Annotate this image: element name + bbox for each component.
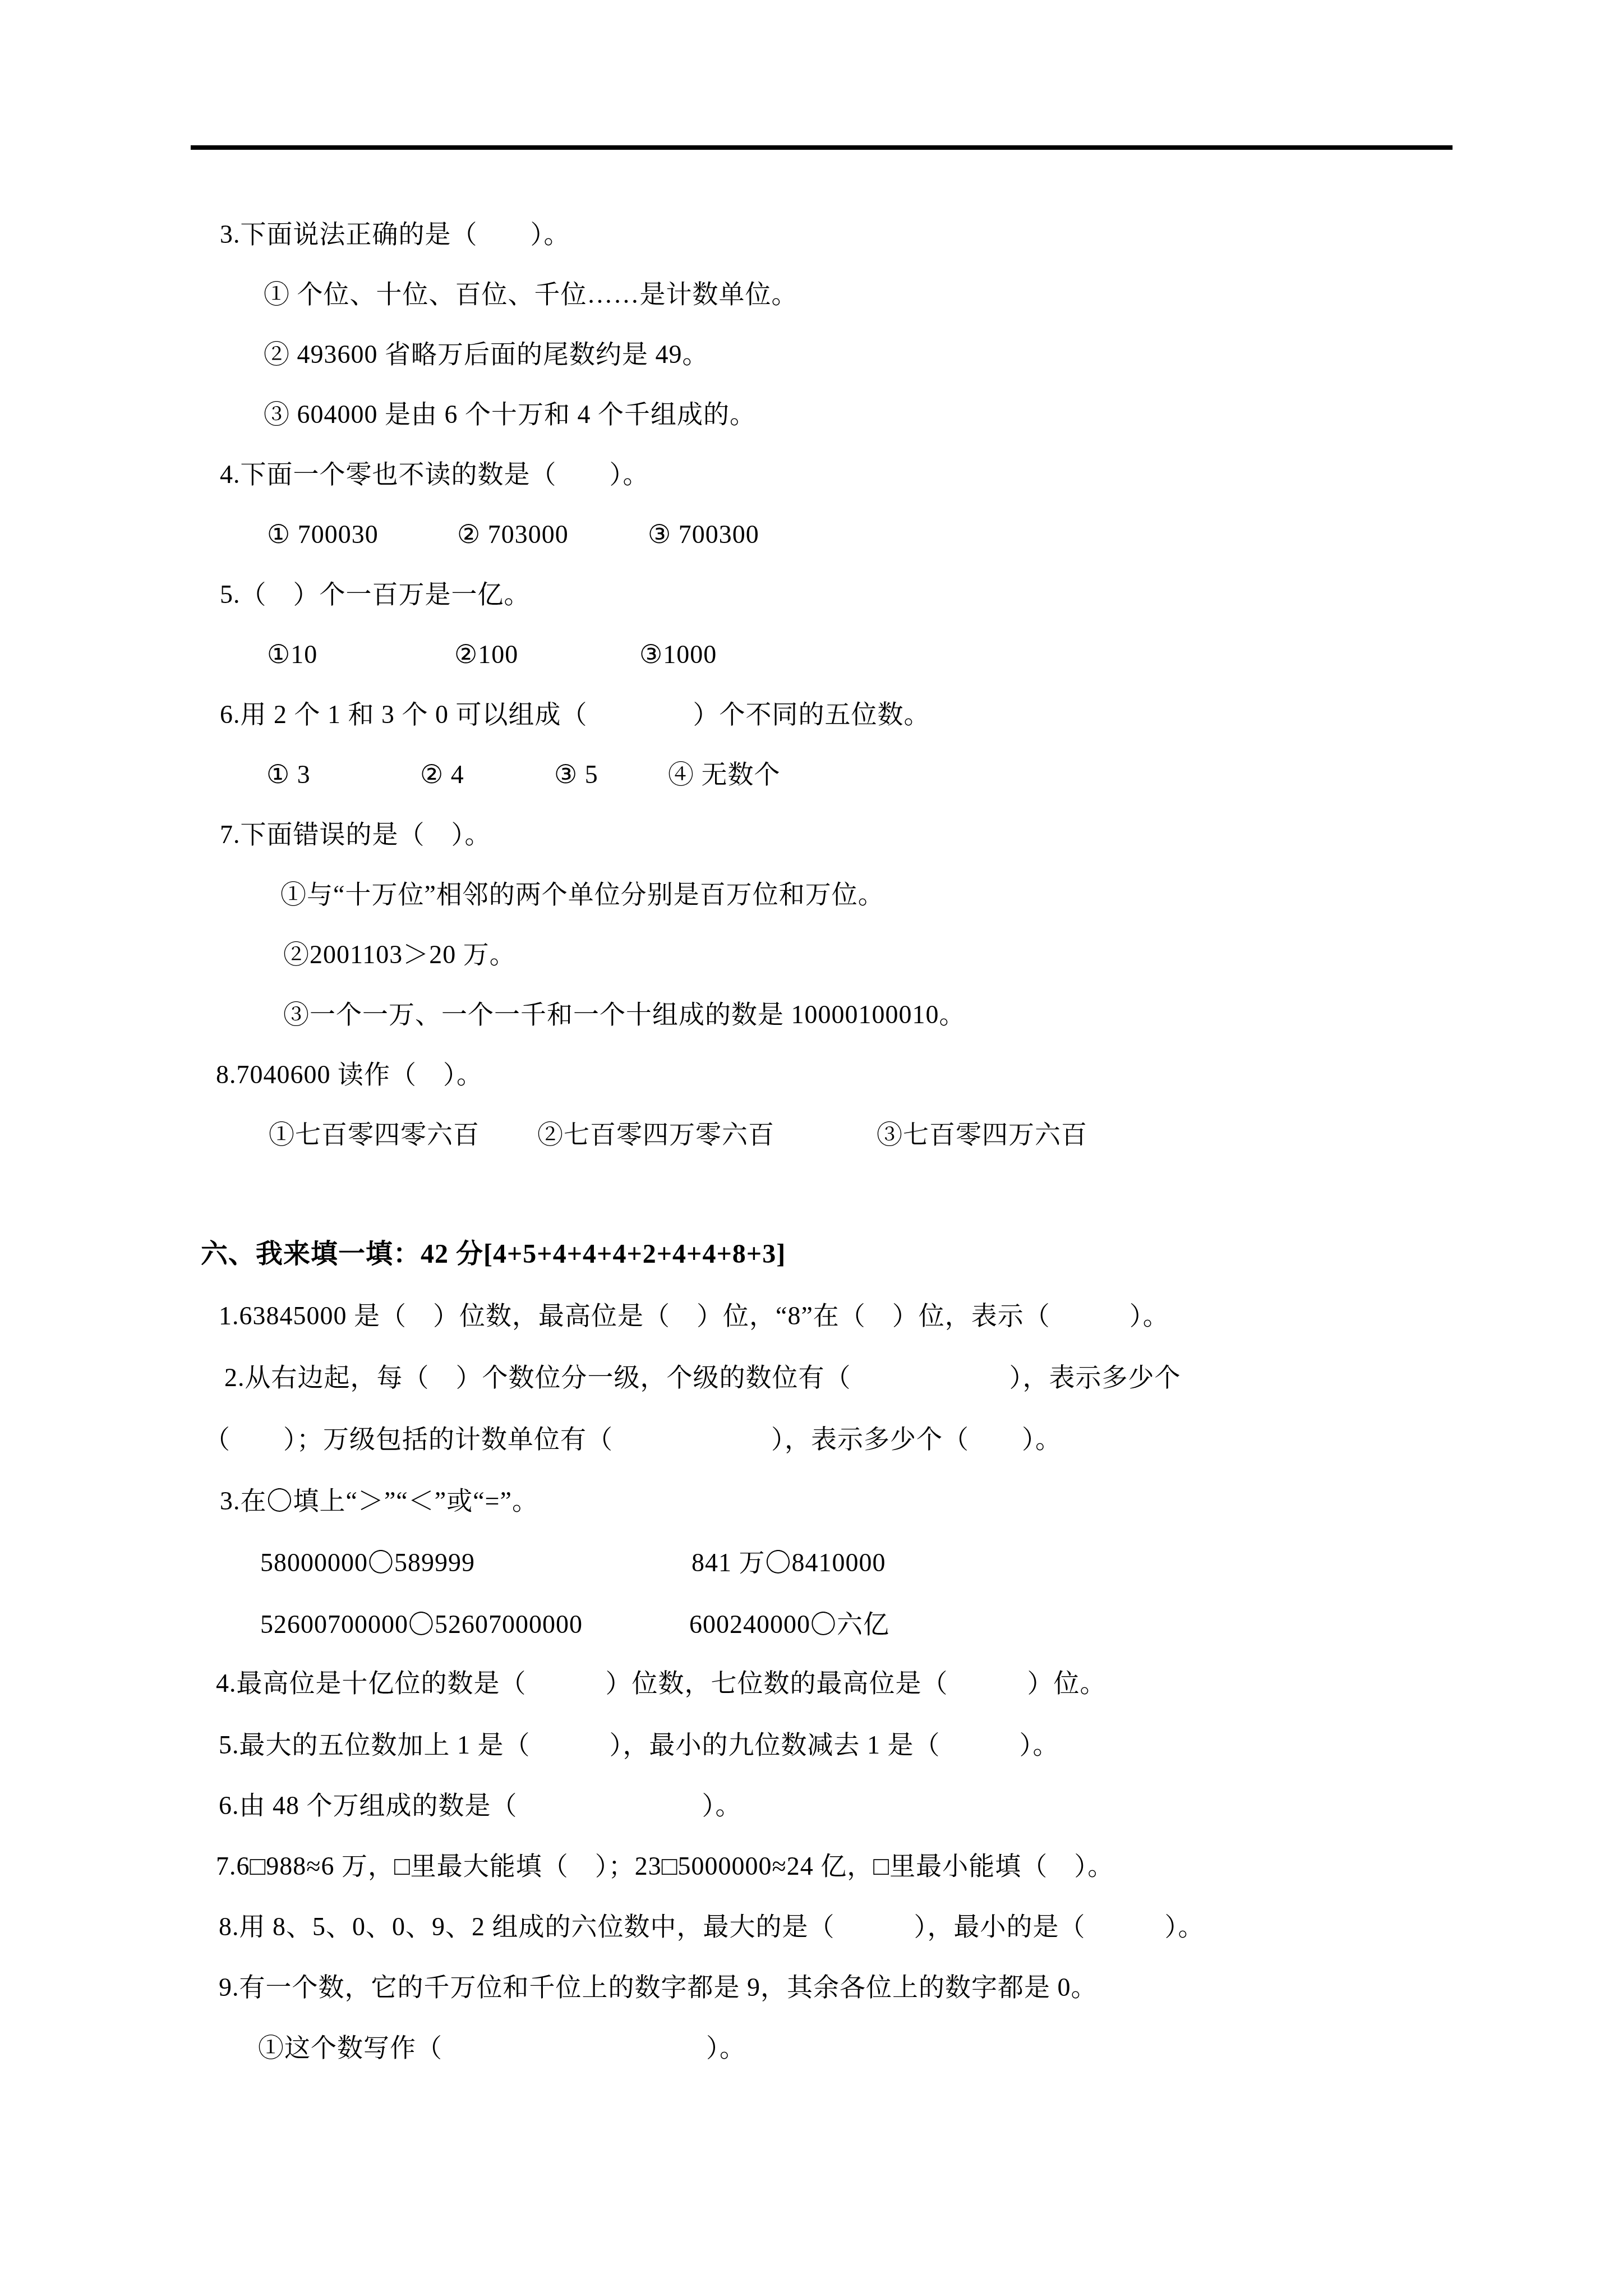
fill-question-4: 4.最高位是十亿位的数是（ ）位数，七位数的最高位是（ ）位。	[216, 1667, 1106, 1700]
fill-q3-compare-2: 841 万〇8410000	[691, 1547, 886, 1579]
mc-q5-option-2: ②100	[454, 638, 518, 671]
mc-q8-options-row: ①七百零四零六百 ②七百零四万零六百 ③七百零四万六百	[269, 1119, 1502, 1151]
mc-q6-option-2: ② 4	[420, 758, 464, 791]
mc-q8-option-2: ②七百零四万零六百	[537, 1119, 774, 1151]
mc-q6-option-4: ④ 无数个	[668, 758, 781, 791]
mc-q6-options-row: ① 3 ② 4 ③ 5 ④ 无数个	[266, 758, 1500, 791]
mc-question-3-label: 3.下面说法正确的是（ ）。	[220, 218, 570, 251]
fill-q3-compare-row-1: 58000000〇589999 841 万〇8410000	[260, 1547, 1494, 1579]
mc-question-6-label: 6.用 2 个 1 和 3 个 0 可以组成（ ）个不同的五位数。	[220, 698, 930, 731]
fill-q3-compare-4: 600240000〇六亿	[689, 1608, 889, 1641]
fill-question-8: 8.用 8、5、0、0、9、2 组成的六位数中，最大的是（ ），最小的是（ ）。	[219, 1911, 1205, 1943]
fill-question-2-line2: （ ）；万级包括的计数单位有（ ），表示多少个（ ）。	[204, 1423, 1062, 1456]
fill-question-2-line1: 2.从右边起，每（ ）个数位分一级，个级的数位有（ ），表示多少个	[224, 1361, 1181, 1394]
mc-q7-option-3: ③一个一万、一个一千和一个十组成的数是 10000100010。	[283, 999, 966, 1031]
fill-question-5: 5.最大的五位数加上 1 是（ ），最小的九位数减去 1 是（ ）。	[219, 1729, 1059, 1761]
mc-q3-option-2: ② 493600 省略万后面的尾数约是 49。	[264, 338, 709, 371]
fill-question-6: 6.由 48 个万组成的数是（ ）。	[219, 1789, 742, 1822]
mc-q7-option-1: ①与“十万位”相邻的两个单位分别是百万位和万位。	[280, 878, 884, 911]
mc-q8-option-3: ③七百零四万六百	[877, 1119, 1087, 1151]
mc-q3-option-1: ① 个位、十位、百位、千位……是计数单位。	[264, 278, 798, 311]
mc-q4-options-row: ① 700030 ② 703000 ③ 700300	[267, 518, 1501, 551]
fill-q3-compare-1: 58000000〇589999	[260, 1547, 475, 1579]
fill-question-9-sub1: ①这个数写作（ ）。	[258, 2032, 746, 2064]
mc-q4-option-1: ① 700030	[267, 518, 379, 551]
mc-q6-option-1: ① 3	[266, 758, 311, 791]
fill-question-3: 3.在〇填上“＞”“＜”或“=”。	[220, 1485, 538, 1517]
mc-q7-option-2: ②2001103＞20 万。	[283, 938, 516, 971]
fill-question-9: 9.有一个数，它的千万位和千位上的数字都是 9，其余各位上的数字都是 0。	[219, 1971, 1098, 2004]
fill-section-title: 六、我来填一填：42 分[4+5+4+4+4+2+4+4+8+3]	[201, 1238, 786, 1271]
fill-question-7: 7.6□988≈6 万，□里最大能填（ ）；23□5000000≈24 亿，□里…	[216, 1850, 1114, 1883]
mc-question-7-label: 7.下面错误的是（ ）。	[220, 818, 491, 851]
mc-q3-option-3: ③ 604000 是由 6 个十万和 4 个千组成的。	[264, 398, 756, 431]
mc-q5-options-row: ①10 ②100 ③1000	[267, 638, 1501, 671]
worksheet-page: 3.下面说法正确的是（ ）。 ① 个位、十位、百位、千位……是计数单位。 ② 4…	[0, 0, 1623, 2296]
mc-q5-option-3: ③1000	[639, 638, 717, 671]
mc-q4-option-3: ③ 700300	[648, 518, 759, 551]
mc-q6-option-3: ③ 5	[554, 758, 598, 791]
mc-question-8-label: 8.7040600 读作（ ）。	[216, 1059, 483, 1091]
header-rule	[191, 145, 1453, 150]
mc-question-4-label: 4.下面一个零也不读的数是（ ）。	[220, 458, 649, 491]
fill-q3-compare-3: 52600700000〇52607000000	[260, 1608, 583, 1641]
mc-question-5-label: 5.（ ）个一百万是一亿。	[220, 578, 531, 611]
fill-q3-compare-row-2: 52600700000〇52607000000 600240000〇六亿	[260, 1608, 1494, 1641]
mc-q8-option-1: ①七百零四零六百	[269, 1119, 479, 1151]
mc-q4-option-2: ② 703000	[457, 518, 569, 551]
mc-q5-option-1: ①10	[267, 638, 317, 671]
fill-question-1: 1.63845000 是（ ）位数，最高位是（ ）位，“8”在（ ）位，表示（ …	[219, 1300, 1169, 1332]
